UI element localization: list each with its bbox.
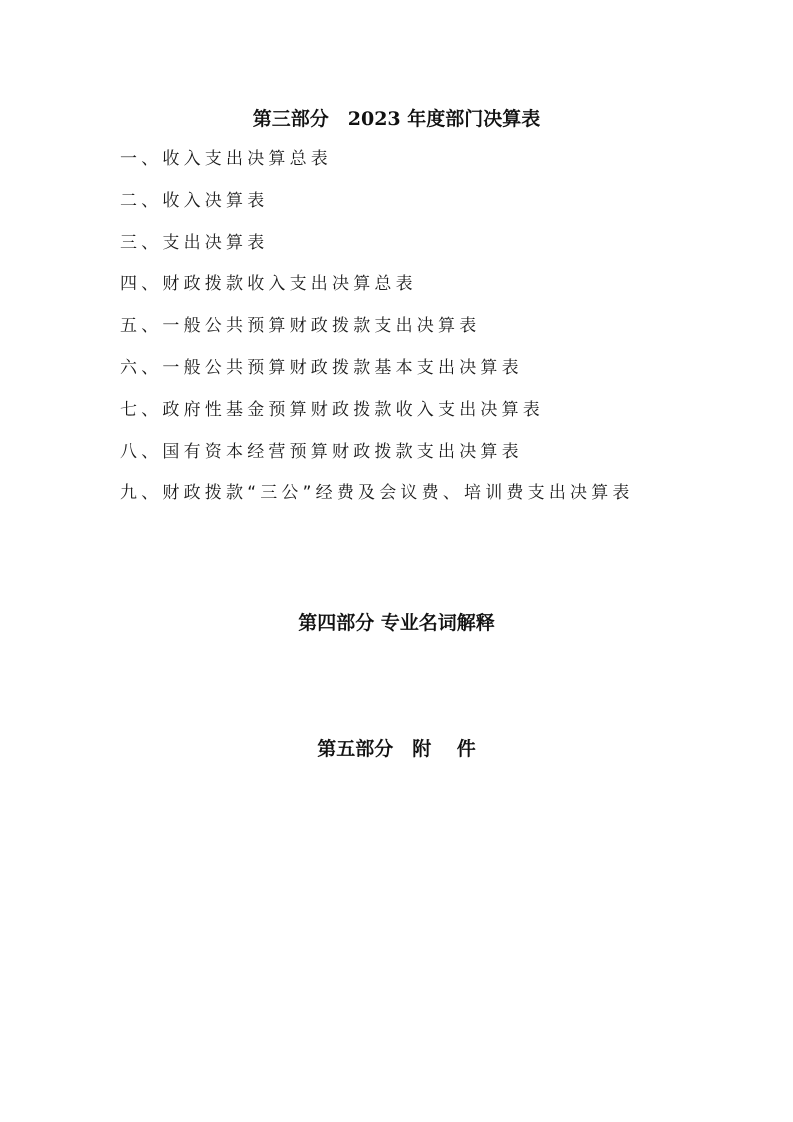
- list-item: 八、国有资本经营预算财政拨款支出决算表: [120, 439, 634, 481]
- part3-heading: 第三部分 2023 年度部门决算表: [0, 104, 793, 131]
- list-item: 二、收入决算表: [120, 188, 634, 230]
- list-item: 七、政府性基金预算财政拨款收入支出决算表: [120, 397, 634, 439]
- list-item: 一、收入支出决算总表: [120, 146, 634, 188]
- list-item: 九、财政拨款“三公”经费及会议费、培训费支出决算表: [120, 480, 634, 522]
- part5-heading: 第五部分 附 件: [0, 734, 793, 761]
- list-item: 四、财政拨款收入支出决算总表: [120, 271, 634, 313]
- part4-heading: 第四部分 专业名词解释: [0, 608, 793, 635]
- list-item: 三、支出决算表: [120, 230, 634, 272]
- part3-table-list: 一、收入支出决算总表 二、收入决算表 三、支出决算表 四、财政拨款收入支出决算总…: [120, 146, 634, 522]
- list-item: 六、一般公共预算财政拨款基本支出决算表: [120, 355, 634, 397]
- list-item: 五、一般公共预算财政拨款支出决算表: [120, 313, 634, 355]
